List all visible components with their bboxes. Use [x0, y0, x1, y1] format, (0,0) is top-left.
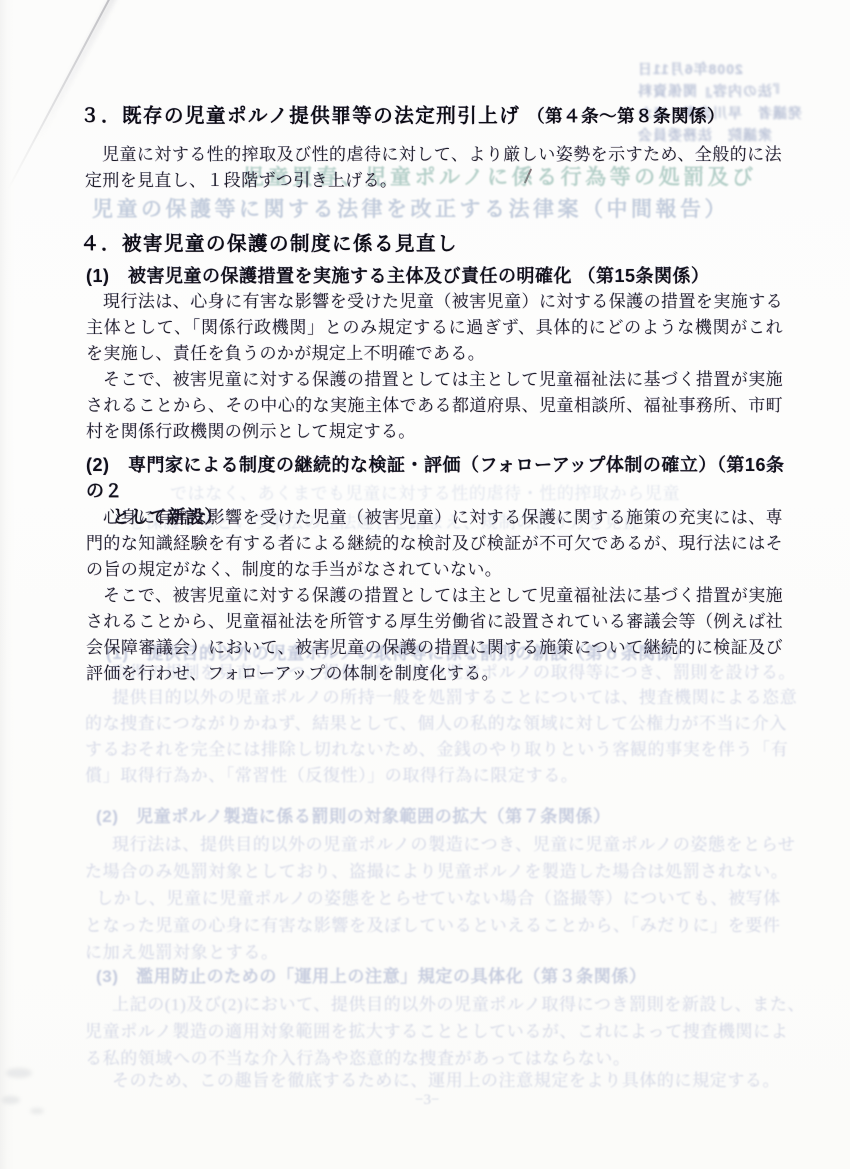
- subsection-2-title-line1: (2) 専門家による制度の継続的な検証・評価（フォローアップ体制の確立）（第16…: [86, 455, 784, 501]
- subsection-1-heading: (1) 被害児童の保護措置を実施する主体及び責任の明確化 （第15条関係）: [86, 262, 796, 288]
- paragraph: 児童に対する性的搾取及び性的虐待に対して、より厳しい姿勢を示すため、全般的に法定…: [85, 142, 782, 194]
- subsection-1-body: 現行法は、心身に有害な影響を受けた児童（被害児童）に対する保護の措置を実施する主…: [86, 289, 783, 445]
- subsection-2-body: 心身に有害な影響を受けた児童（被害児童）に対する保護に関する施策の充実には、専門…: [86, 505, 783, 687]
- section-3-heading: ３．既存の児童ポルノ提供罪等の法定刑引上げ （第４条～第８条関係）: [80, 100, 820, 128]
- scanned-document-page: 2008年6月11日 『法の内容』関係資料 発議者 早川忠孝 ほか 衆議院 法務…: [0, 0, 850, 1169]
- section-3-body: 児童に対する性的搾取及び性的虐待に対して、より厳しい姿勢を示すため、全般的に法定…: [85, 142, 782, 194]
- paragraph: 現行法は、心身に有害な影響を受けた児童（被害児童）に対する保護の措置を実施する主…: [86, 289, 783, 367]
- subsection-1-title: (1) 被害児童の保護措置を実施する主体及び責任の明確化: [86, 266, 572, 286]
- section-4-title: ４．被害児童の保護の制度に係る見直し: [80, 233, 458, 255]
- section-4-heading: ４．被害児童の保護の制度に係る見直し: [80, 228, 820, 256]
- section-3-title: ３．既存の児童ポルノ提供罪等の法定刑引上げ: [80, 105, 520, 127]
- subsection-1-article-note: （第15条関係）: [578, 266, 710, 286]
- section-3-article-note: （第４条～第８条関係）: [527, 106, 725, 126]
- document-text-layer: ３．既存の児童ポルノ提供罪等の法定刑引上げ （第４条～第８条関係） 児童に対する…: [0, 0, 850, 1169]
- paragraph: そこで、被害児童に対する保護の措置としては主として児童福祉法に基づく措置が実施さ…: [86, 367, 783, 445]
- paragraph: 心身に有害な影響を受けた児童（被害児童）に対する保護に関する施策の充実には、専門…: [86, 505, 783, 583]
- paragraph: そこで、被害児童に対する保護の措置としては主として児童福祉法に基づく措置が実施さ…: [86, 583, 783, 687]
